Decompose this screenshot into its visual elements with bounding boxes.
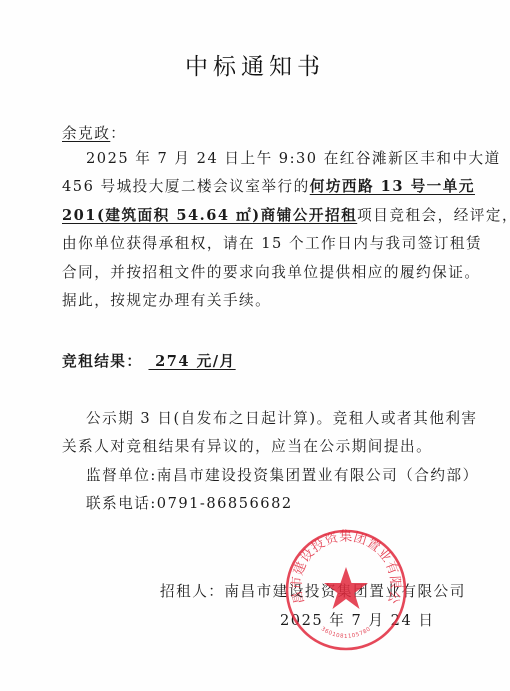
signature-date: 2025 年 7 月 24 日 <box>280 609 434 630</box>
property-description: 201(建筑面积 54.64 ㎡)商铺公开招租 <box>62 207 357 224</box>
supervisor-line: 监督单位:南昌市建设投资集团置业有限公司（合约部） <box>86 464 479 485</box>
lessor-label: 招租人： <box>160 583 224 600</box>
para1-line2: 456 号城投大厦二楼会议室举行的何坊西路 13 号一单元 <box>62 175 475 196</box>
para1-line5: 合同，并按招租文件的要求向我单位提供相应的履约保证。 <box>62 261 480 282</box>
document-title: 中标通知书 <box>0 48 510 81</box>
para1-line3-text: 项目竞租会，经评定， <box>357 207 510 224</box>
document-page: 中标通知书 余克政： 2025 年 7 月 24 日上午 9:30 在红谷滩新区… <box>0 0 510 691</box>
para1-line1: 2025 年 7 月 24 日上午 9:30 在红谷滩新区丰和中大道 <box>86 147 501 168</box>
property-address: 何坊西路 13 号一单元 <box>310 178 475 195</box>
para1-line3: 201(建筑面积 54.64 ㎡)商铺公开招租项目竞租会，经评定， <box>62 204 510 225</box>
recipient-name: 余克政 <box>62 125 110 142</box>
para2-line1: 公示期 3 日(自发布之日起计算)。竞租人或者其他利害 <box>86 407 478 428</box>
para1-line2-text: 456 号城投大厦二楼会议室举行的 <box>62 178 310 195</box>
para2-line2: 关系人对竞租结果有异议的，应当在公示期间提出。 <box>62 435 432 456</box>
phone-line: 联系电话:0791-86856682 <box>86 492 293 513</box>
para1-line6: 据此，按规定办理有关手续。 <box>62 289 271 310</box>
recipient-colon: ： <box>110 125 126 142</box>
lessor-name: 南昌市建设投资集团置业有限公司 <box>224 583 465 600</box>
para1-line4: 由你单位获得承租权，请在 15 个工作日内与我司签订租赁 <box>62 232 482 253</box>
result-value: 274 元/月 <box>148 353 235 370</box>
result-line: 竞租结果： 274 元/月 <box>62 350 236 371</box>
result-label: 竞租结果： <box>62 353 142 370</box>
lessor-line: 招租人：南昌市建设投资集团置业有限公司 <box>160 580 466 601</box>
recipient-line: 余克政： <box>62 122 126 143</box>
